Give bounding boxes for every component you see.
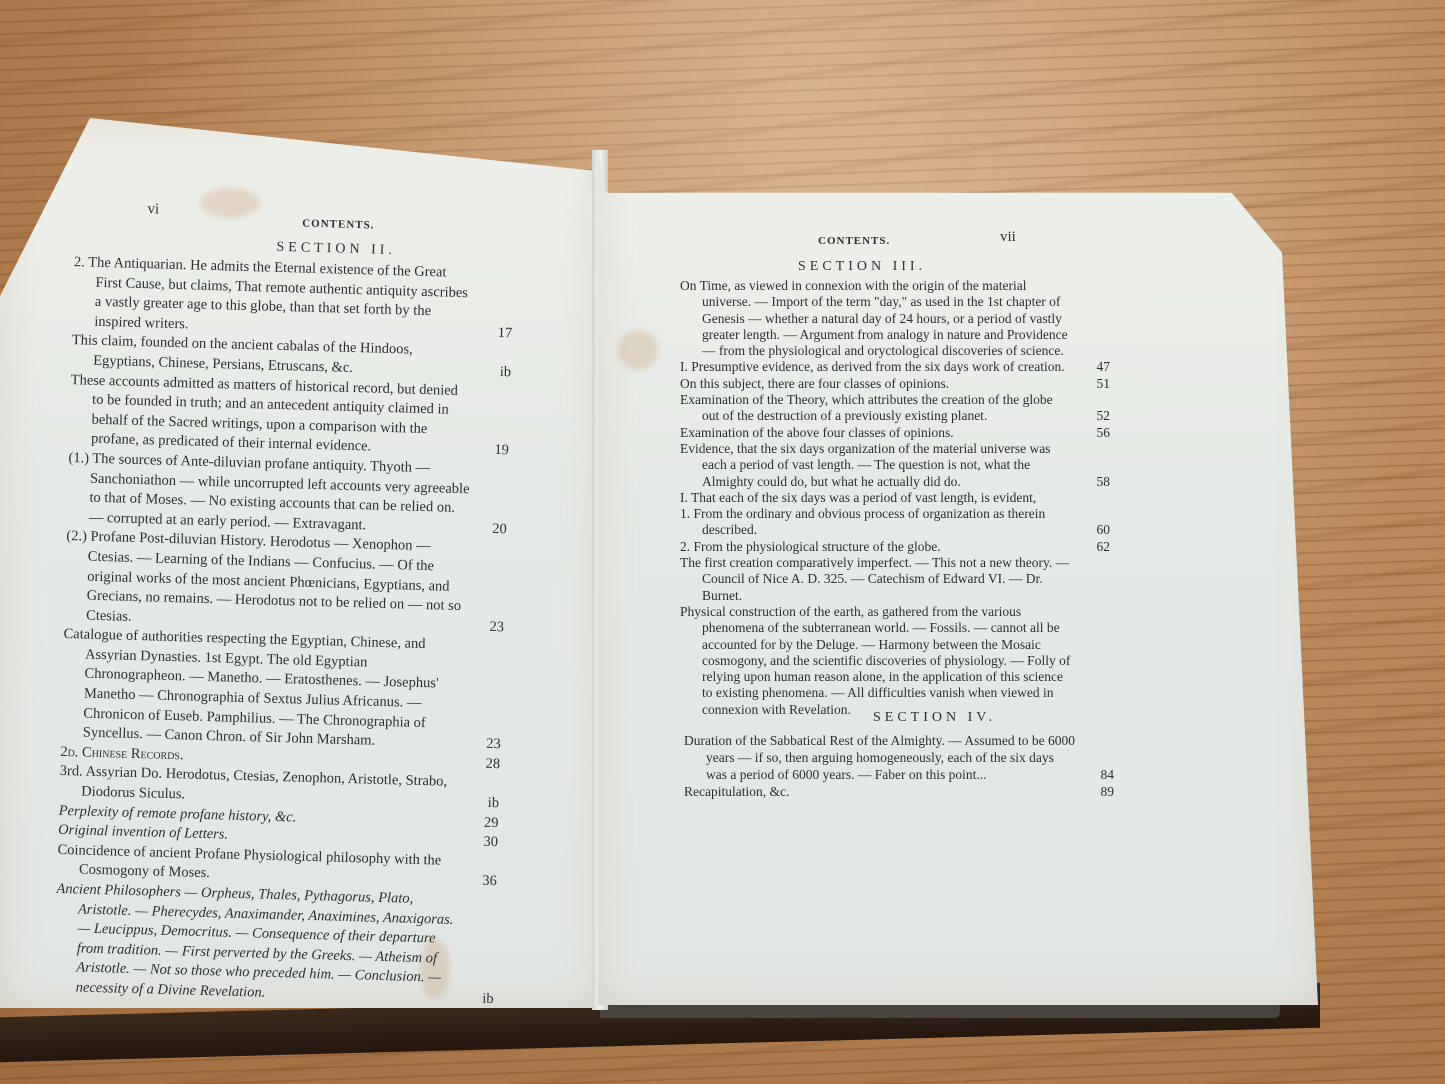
foxing-stain: [200, 188, 260, 218]
toc-entry: Physical construction of the earth, as g…: [680, 604, 1110, 718]
toc-entry: (2.) Profane Post-diluvian History. Hero…: [64, 527, 507, 637]
section-iii-title: SECTION III.: [798, 257, 926, 277]
toc-entry: Catalogue of authorities respecting the …: [61, 625, 504, 755]
toc-entry: I. That each of the six days was a perio…: [680, 490, 1110, 506]
toc-entry: Ancient Philosophers — Orpheus, Thales, …: [53, 880, 496, 1010]
section-iv-title: SECTION IV.: [873, 708, 996, 728]
right-page: CONTENTS. vii SECTION III. On Time, as v…: [598, 150, 1318, 1005]
toc-entry: I. Presumptive evidence, as derived from…: [680, 359, 1110, 375]
left-page: vi CONTENTS. SECTION II. 2. The Antiquar…: [0, 118, 600, 1008]
toc-list-section-iv: Duration of the Sabbatical Rest of the A…: [684, 732, 1114, 800]
toc-entry: The first creation comparatively imperfe…: [680, 555, 1110, 604]
running-head: CONTENTS.: [302, 214, 375, 236]
toc-list-section-iii: On Time, as viewed in connexion with the…: [680, 278, 1110, 718]
page-number: vii: [1000, 228, 1016, 248]
toc-entry: These accounts admitted as matters of hi…: [69, 371, 511, 462]
toc-entry: Evidence, that the six days organization…: [680, 441, 1110, 490]
toc-entry: 2. The Antiquarian. He admits the Eterna…: [72, 253, 514, 344]
toc-entry: 2. From the physiological structure of t…: [680, 539, 1110, 555]
toc-entry: Recapitulation, &c.89: [684, 783, 1114, 800]
toc-entry: (1.) The sources of Ante-diluvian profan…: [67, 449, 509, 540]
running-head: CONTENTS.: [818, 232, 890, 252]
toc-entry: On this subject, there are four classes …: [680, 376, 1110, 392]
section-title: SECTION II.: [276, 238, 396, 261]
toc-entry: Examination of the Theory, which attribu…: [680, 392, 1110, 425]
page-number: vi: [147, 200, 159, 220]
foxing-stain: [618, 330, 658, 370]
toc-entry: 1. From the ordinary and obvious process…: [680, 506, 1110, 539]
toc-entry: Duration of the Sabbatical Rest of the A…: [684, 732, 1114, 783]
toc-entry: On Time, as viewed in connexion with the…: [680, 278, 1110, 359]
toc-list: 2. The Antiquarian. He admits the Eterna…: [53, 253, 514, 1010]
toc-entry: Examination of the above four classes of…: [680, 425, 1110, 441]
